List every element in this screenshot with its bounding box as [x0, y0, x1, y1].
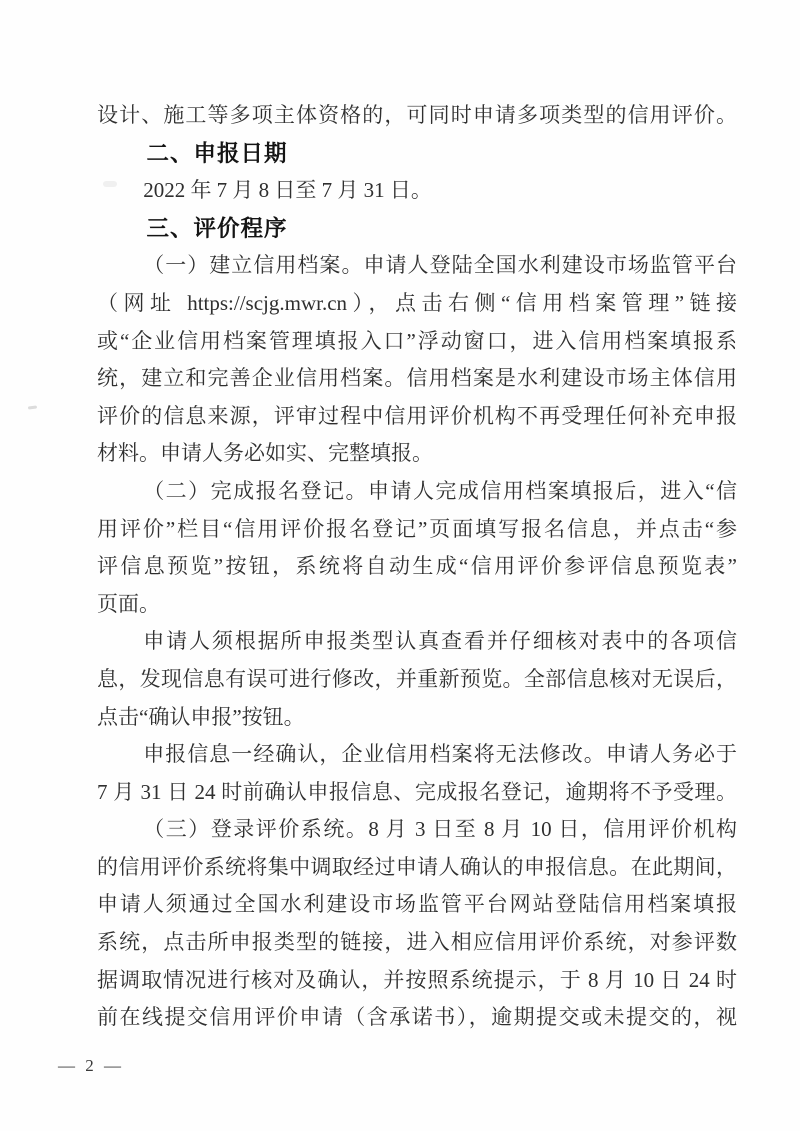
scan-speck — [28, 405, 37, 409]
text-line: 息，发现信息有误可进行修改，并重新预览。全部信息核对无误后， — [97, 661, 737, 699]
text-line: 或“企业信用档案管理填报入口”浮动窗口，进入信用档案填报系 — [97, 323, 737, 361]
text-line: 材料。申请人务必如实、完整填报。 — [97, 435, 737, 473]
text-line: 申请人须根据所申报类型认真查看并仔细核对表中的各项信 — [97, 623, 737, 661]
text-line: 前在线提交信用评价申请（含承诺书），逾期提交或未提交的，视 — [97, 999, 737, 1037]
text-line: 申报信息一经确认，企业信用档案将无法修改。申请人务必于 — [97, 736, 737, 774]
text-line: 点击“确认申报”按钮。 — [97, 699, 737, 737]
text-line: 申请人须通过全国水利建设市场监管平台网站登陆信用档案填报 — [97, 886, 737, 924]
text-line: （三）登录评价系统。8 月 3 日至 8 月 10 日，信用评价机构 — [97, 811, 737, 849]
text-line: 页面。 — [97, 586, 737, 624]
section-heading: 二、申报日期 — [97, 135, 737, 173]
scan-speck — [103, 181, 117, 187]
text-line: （网址 https://scjg.mwr.cn），点击右侧“信用档案管理”链接 — [97, 285, 737, 323]
text-line: 的信用评价系统将集中调取经过申请人确认的申报信息。在此期间， — [97, 849, 737, 887]
text-line: （二）完成报名登记。申请人完成信用档案填报后，进入“信 — [97, 473, 737, 511]
section-heading: 三、评价程序 — [97, 210, 737, 248]
text-line: 评价的信息来源，评审过程中信用评价机构不再受理任何补充申报 — [97, 398, 737, 436]
text-line: （一）建立信用档案。申请人登陆全国水利建设市场监管平台 — [97, 247, 737, 285]
text-line: 据调取情况进行核对及确认，并按照系统提示，于 8 月 10 日 24 时 — [97, 962, 737, 1000]
text-line: 7 月 31 日 24 时前确认申报信息、完成报名登记，逾期将不予受理。 — [97, 774, 737, 812]
text-line: 系统，点击所申报类型的链接，进入相应信用评价系统，对参评数 — [97, 924, 737, 962]
page-number: — 2 — — [58, 1056, 124, 1076]
text-line: 设计、施工等多项主体资格的，可同时申请多项类型的信用评价。 — [97, 97, 737, 135]
document-text: 设计、施工等多项主体资格的，可同时申请多项类型的信用评价。二、申报日期2022 … — [97, 97, 737, 1037]
document-page: 设计、施工等多项主体资格的，可同时申请多项类型的信用评价。二、申报日期2022 … — [0, 0, 800, 1131]
text-line: 2022 年 7 月 8 日至 7 月 31 日。 — [97, 172, 737, 210]
text-line: 用评价”栏目“信用评价报名登记”页面填写报名信息，并点击“参 — [97, 511, 737, 549]
text-line: 评信息预览”按钮，系统将自动生成“信用评价参评信息预览表” — [97, 548, 737, 586]
text-line: 统，建立和完善企业信用档案。信用档案是水利建设市场主体信用 — [97, 360, 737, 398]
